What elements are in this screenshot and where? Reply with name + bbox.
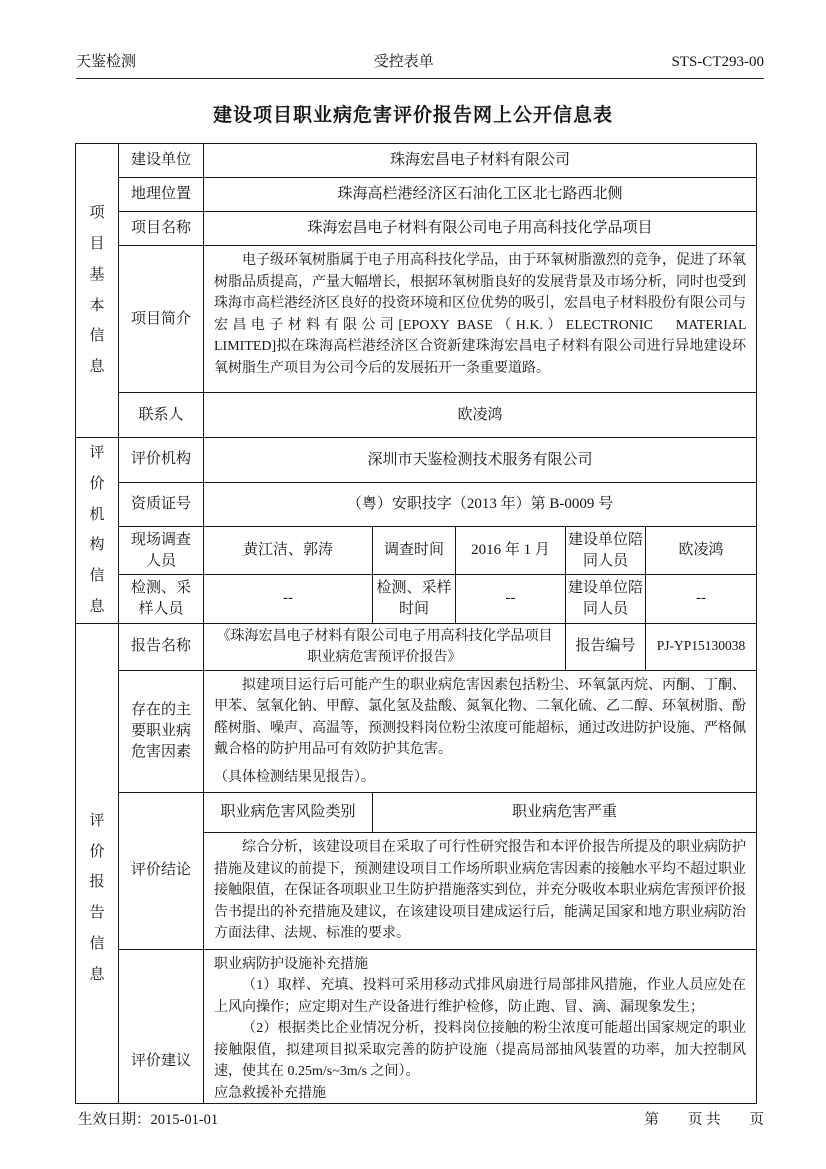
document-page: 天鉴检测 受控表单 STS-CT293-00 建设项目职业病危害评价报告网上公开… xyxy=(0,0,826,1169)
field-value-main-hazards: 拟建项目运行后可能产生的职业病危害因素包括粉尘、环氧氯丙烷、丙酮、丁酮、甲苯、氢… xyxy=(204,670,757,793)
field-value-survey-time: 2016 年 1 月 xyxy=(456,527,566,575)
field-value-project-name: 珠海宏昌电子材料有限公司电子用高科技化学品项目 xyxy=(204,212,757,246)
field-label-main-hazards: 存在的主要职业病危害因素 xyxy=(119,670,204,793)
field-value-qualification-no: （粤）安职技字（2013 年）第 B-0009 号 xyxy=(204,482,757,527)
field-label-project-intro: 项目简介 xyxy=(119,246,204,393)
field-label-sampling-staff: 检测、采样人员 xyxy=(119,574,204,623)
field-label-evaluation-agency: 评价机构 xyxy=(119,438,204,483)
field-label-construction-unit: 建设单位 xyxy=(119,144,204,178)
section-label-evaluation-agency-info: 评价机构信息 xyxy=(76,438,119,624)
field-label-survey-time: 调查时间 xyxy=(373,527,456,575)
field-label-escort-staff-1: 建设单位陪同人员 xyxy=(566,527,646,575)
suggestions-heading-2: 应急救援补充措施 xyxy=(214,1083,746,1105)
field-value-escort-staff-1: 欧凌鸿 xyxy=(646,527,757,575)
field-label-risk-category: 职业病危害风险类别 xyxy=(204,793,373,833)
field-label-site-survey-staff: 现场调查人员 xyxy=(119,527,204,575)
field-label-report-no: 报告编号 xyxy=(566,623,646,670)
form-code: STS-CT293-00 xyxy=(671,54,764,71)
field-value-sampling-staff: -- xyxy=(204,574,373,623)
section-label-project-basic-info: 项目基本信息 xyxy=(76,144,119,438)
field-value-evaluation-agency: 深圳市天鉴检测技术服务有限公司 xyxy=(204,438,757,483)
field-value-project-intro: 电子级环氧树脂属于电子用高科技化学品，由于环氧树脂激烈的竞争，促进了环氧树脂品质… xyxy=(204,246,757,393)
field-label-contact: 联系人 xyxy=(119,393,204,438)
suggestions-item-2: （2）根据类比企业情况分析，投料岗位接触的粉尘浓度可能超出国家规定的职业接触限值… xyxy=(214,1018,746,1083)
field-label-conclusion: 评价结论 xyxy=(119,793,204,950)
conclusion-text: 综合分析，该建设项目在采取了可行性研究报告和本评价报告所提及的职业病防护措施及建… xyxy=(214,837,746,945)
suggestions-item-1: （1）取样、充填、投料可采用移动式排风扇进行局部排风措施，作业人员应处在上风向操… xyxy=(214,975,746,1018)
field-value-suggestions: 职业病防护设施补充措施 （1）取样、充填、投料可采用移动式排风扇进行局部排风措施… xyxy=(204,949,757,1104)
suggestions-heading-1: 职业病防护设施补充措施 xyxy=(214,954,746,976)
field-label-report-name: 报告名称 xyxy=(119,623,204,670)
field-value-sampling-time: -- xyxy=(456,574,566,623)
field-label-location: 地理位置 xyxy=(119,178,204,212)
field-value-report-no: PJ-YP15130038 xyxy=(646,623,757,670)
info-table: 项目基本信息 建设单位 珠海宏昌电子材料有限公司 地理位置 珠海高栏港经济区石油… xyxy=(75,143,757,1104)
field-value-site-survey-staff: 黄江洁、郭涛 xyxy=(204,527,373,575)
field-value-construction-unit: 珠海宏昌电子材料有限公司 xyxy=(204,144,757,178)
section-label-evaluation-report-info: 评价报告信息 xyxy=(76,623,119,1104)
doc-control-label: 受控表单 xyxy=(374,50,434,71)
hazards-text: 拟建项目运行后可能产生的职业病危害因素包括粉尘、环氧氯丙烷、丙酮、丁酮、甲苯、氢… xyxy=(214,675,746,761)
field-label-project-name: 项目名称 xyxy=(119,212,204,246)
field-label-qualification-no: 资质证号 xyxy=(119,482,204,527)
page-footer: 生效日期：2015-01-01 第 页 共 页 xyxy=(78,1108,764,1129)
field-value-report-name: 《珠海宏昌电子材料有限公司电子用高科技化学品项目职业病危害预评价报告》 xyxy=(204,623,566,670)
hazards-note: （具体检测结果见报告）。 xyxy=(214,767,746,789)
field-value-escort-staff-2: -- xyxy=(646,574,757,623)
field-label-suggestions: 评价建议 xyxy=(119,949,204,1104)
project-intro-text: 电子级环氧树脂属于电子用高科技化学品，由于环氧树脂激烈的竞争，促进了环氧树脂品质… xyxy=(214,250,746,379)
field-value-risk-category: 职业病危害严重 xyxy=(373,793,757,833)
field-label-sampling-time: 检测、采样时间 xyxy=(373,574,456,623)
form-title: 建设项目职业病危害评价报告网上公开信息表 xyxy=(0,100,826,127)
effective-date: 生效日期：2015-01-01 xyxy=(78,1108,218,1129)
field-value-conclusion: 综合分析，该建设项目在采取了可行性研究报告和本评价报告所提及的职业病防护措施及建… xyxy=(204,833,757,950)
field-label-escort-staff-2: 建设单位陪同人员 xyxy=(566,574,646,623)
page-number: 第 页 共 页 xyxy=(644,1108,764,1129)
field-value-contact: 欧凌鸿 xyxy=(204,393,757,438)
page-header: 天鉴检测 受控表单 STS-CT293-00 xyxy=(76,50,764,79)
field-value-location: 珠海高栏港经济区石油化工区北七路西北侧 xyxy=(204,178,757,212)
org-name: 天鉴检测 xyxy=(76,50,136,71)
